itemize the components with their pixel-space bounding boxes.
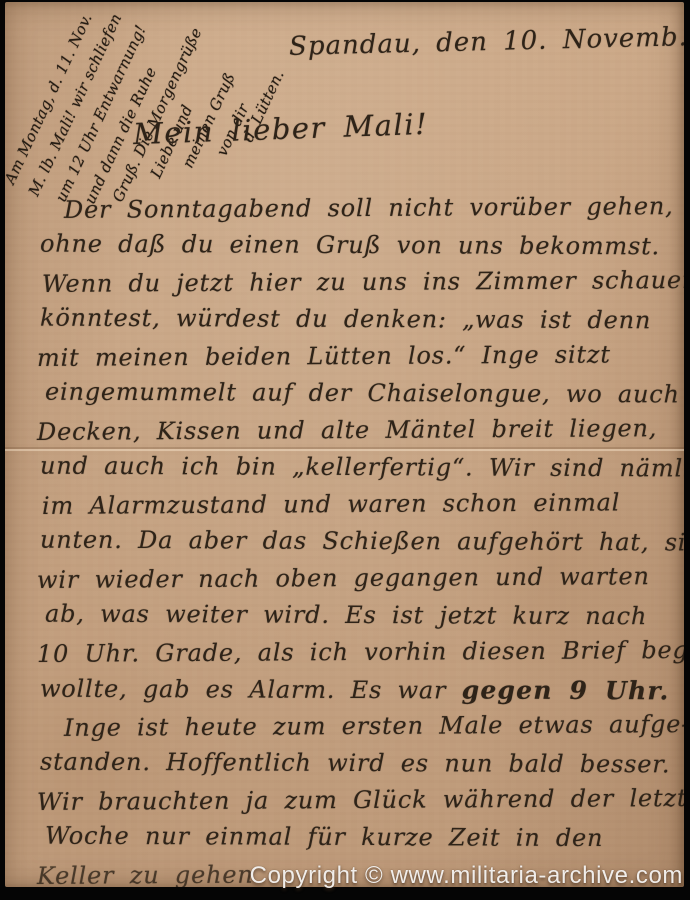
- letter-line: im Alarmzustand und waren schon einmal: [42, 484, 677, 525]
- scanned-letter-image: Am Montag, d. 11. Nov. M. lb. Mali! wir …: [0, 0, 690, 900]
- letter-line: ohne daß du einen Gruß von uns bekommst.: [40, 226, 680, 266]
- letter-line: Decken, Kissen und alte Mäntel breit lie…: [37, 410, 677, 451]
- letter-line: und auch ich bin „kellerfertig“. Wir sin…: [40, 448, 680, 488]
- letter-line: 10 Uhr. Grade, als ich vorhin diesen Bri…: [37, 632, 677, 673]
- alarm-time-emphasis: gegen 9 Uhr.: [462, 675, 670, 705]
- letter-line: eingemummelt auf der Chaiselongue, wo au…: [45, 374, 680, 414]
- alarm-text: wollte, gab es Alarm. Es war: [40, 675, 462, 705]
- letter-line: unten. Da aber das Schießen aufgehört ha…: [40, 522, 680, 562]
- letter-line-alarm: wollte, gab es Alarm. Es war gegen 9 Uhr…: [40, 670, 680, 710]
- letter-line: Der Sonntagabend soll nicht vorüber gehe…: [64, 188, 677, 229]
- letter-line: ab, was weiter wird. Es ist jetzt kurz n…: [45, 596, 680, 636]
- copyright-watermark: Copyright © www.militaria-archive.com: [250, 862, 683, 890]
- letter-paper: Am Montag, d. 11. Nov. M. lb. Mali! wir …: [5, 2, 684, 887]
- letter-line: könntest, würdest du denken: „was ist de…: [40, 300, 680, 340]
- letter-line: Wenn du jetzt hier zu uns ins Zimmer sch…: [42, 262, 677, 303]
- letter-line: Wir brauchten ja zum Glück während der l…: [37, 780, 677, 821]
- letter-dateline: Spandau, den 10. Novemb. 1940: [289, 20, 684, 62]
- letter-line: wir wieder nach oben gegangen und warten: [37, 558, 677, 599]
- letter-line: Inge ist heute zum ersten Male etwas auf…: [64, 706, 677, 747]
- letter-line: mit meinen beiden Lütten los.“ Inge sitz…: [37, 336, 677, 377]
- letter-body: Der Sonntagabend soll nicht vorüber gehe…: [37, 190, 677, 887]
- letter-line: Woche nur einmal für kurze Zeit in den: [45, 818, 680, 858]
- letter-line: standen. Hoffentlich wird es nun bald be…: [40, 744, 680, 784]
